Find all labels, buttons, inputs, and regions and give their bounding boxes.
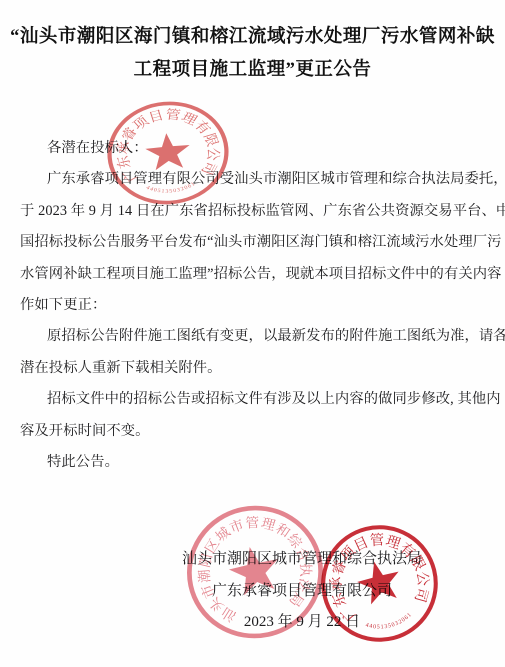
- document-title: “汕头市潮阳区海门镇和榕江流域污水处理厂污水管网补缺 工程项目施工监理”更正公告: [0, 21, 505, 87]
- signature-date: 2023 年 9 月 22 日: [137, 607, 467, 639]
- signature-agency: 汕头市潮阳区城市管理和综合执法局: [137, 544, 467, 576]
- body-line: 原招标公告附件施工图纸有变更，以最新发布的附件施工图纸为准，请各: [20, 321, 498, 352]
- body-line: 容及开标时间不变。: [20, 416, 498, 447]
- document-title-line1: “汕头市潮阳区海门镇和榕江流域污水处理厂污水管网补缺: [0, 21, 505, 54]
- salutation: 各潜在投标人：: [20, 133, 498, 164]
- body-line: 特此公告。: [20, 447, 498, 478]
- body-line: 国招标投标公告服务平台发布“汕头市潮阳区海门镇和榕江流域污水处理厂污: [20, 227, 498, 258]
- signature-block: 汕头市潮阳区城市管理和综合执法局 广东承睿项目管理有限公司 2023 年 9 月…: [137, 544, 467, 639]
- body-line: 招标文件中的招标公告或招标文件有涉及以上内容的做同步修改, 其他内: [20, 384, 498, 415]
- announcement-document: “汕头市潮阳区海门镇和榕江流域污水处理厂污水管网补缺 工程项目施工监理”更正公告…: [0, 0, 505, 667]
- signature-company: 广东承睿项目管理有限公司: [137, 576, 467, 608]
- document-body: 各潜在投标人： 广东承睿项目管理有限公司受汕头市潮阳区城市管理和综合执法局委托，…: [20, 133, 498, 478]
- body-line: 水管网补缺工程项目施工监理”招标公告，现就本项目招标文件中的有关内容: [20, 259, 498, 290]
- body-line: 广东承睿项目管理有限公司受汕头市潮阳区城市管理和综合执法局委托，: [20, 164, 498, 195]
- body-line: 作如下更正：: [20, 290, 498, 321]
- body-line: 于 2023 年 9 月 14 日在广东省招标投标监管网、广东省公共资源交易平台…: [20, 196, 498, 227]
- document-title-line2: 工程项目施工监理”更正公告: [0, 54, 505, 87]
- body-line: 潜在投标人重新下载相关附件。: [20, 353, 498, 384]
